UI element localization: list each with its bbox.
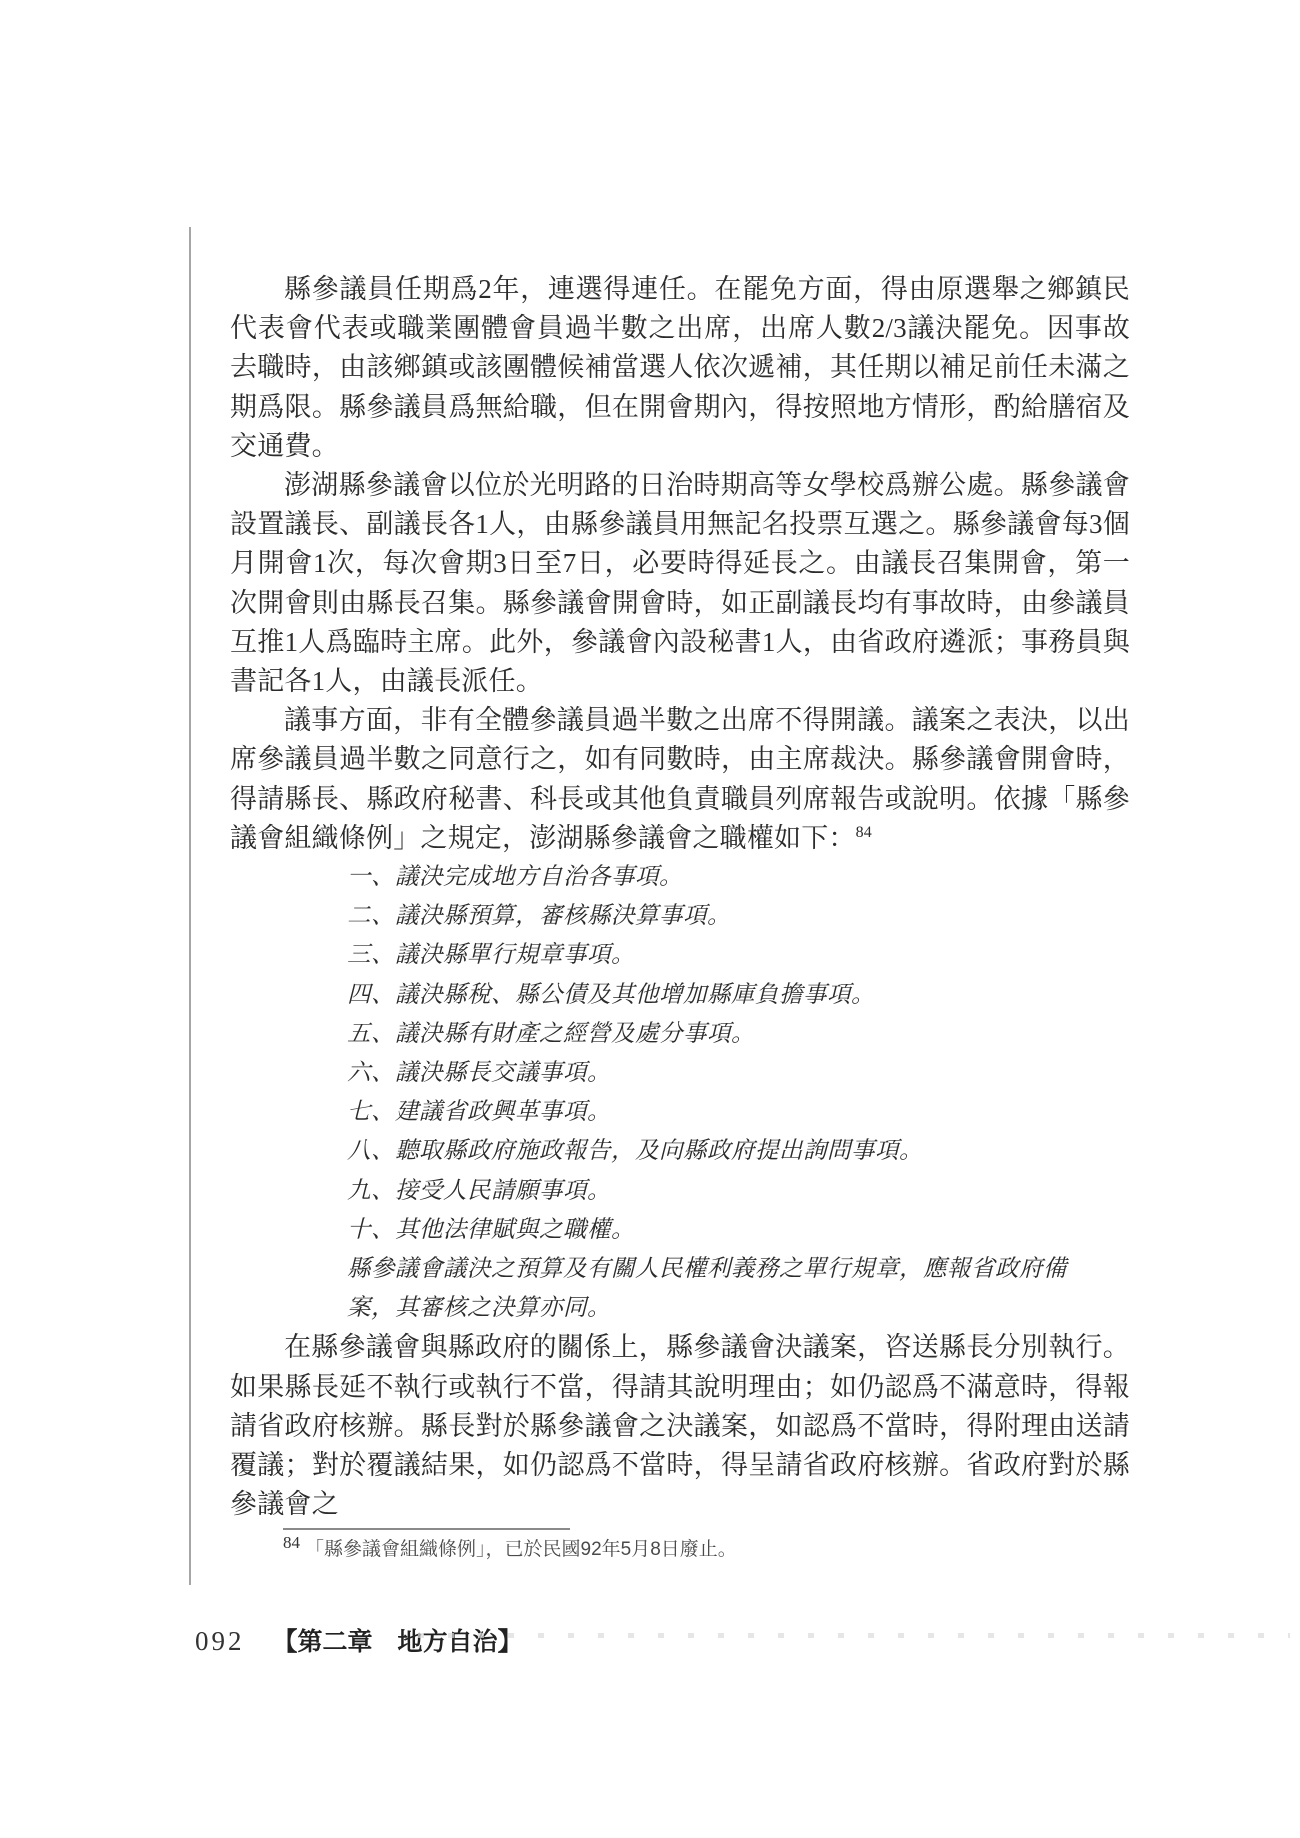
list-item-6: 六、議決縣長交議事項。 [347,1054,1130,1093]
list-item-3: 三、議決縣單行規章事項。 [347,936,1130,975]
list-item-4: 四、議決縣稅、縣公債及其他增加縣庫負擔事項。 [347,976,1130,1015]
list-item-10: 十、其他法律賦與之職權。 [347,1211,1130,1250]
list-item-1: 一、議決完成地方自治各事項。 [347,858,1130,897]
body-paragraph-4: 在縣參議會與縣政府的關係上，縣參議會決議案，咨送縣長分別執行。如果縣長延不執行或… [230,1328,1130,1524]
body-paragraph-1: 縣參議員任期爲2年，連選得連任。在罷免方面，得由原選舉之鄉鎮民代表會代表或職業團… [230,270,1130,466]
dotted-separator [418,1633,1290,1638]
footnote: 84「縣參議會組織條例」，已於民國92年5月8日廢止。 [283,1537,1043,1563]
powers-list: 一、議決完成地方自治各事項。 二、議決縣預算，審核縣決算事項。 三、議決縣單行規… [347,858,1130,1250]
list-item-9: 九、接受人民請願事項。 [347,1172,1130,1211]
page-footer: 092 【第二章 地方自治】 [195,1622,523,1658]
list-item-8: 八、聽取縣政府施政報告，及向縣政府提出詢問事項。 [347,1132,1130,1171]
list-item-5: 五、議決縣有財產之經營及處分事項。 [347,1015,1130,1054]
body-paragraph-2: 澎湖縣參議會以位於光明路的日治時期高等女學校爲辦公處。縣參議會設置議長、副議長各… [230,466,1130,701]
footnote-separator-rule [283,1528,570,1530]
footnote-text: 「縣參議會組織條例」，已於民國92年5月8日廢止。 [305,1539,737,1560]
footnote-marker: 84 [283,1533,300,1552]
page-number: 092 [195,1626,245,1656]
powers-list-note: 縣參議會議決之預算及有關人民權利義務之單行規章，應報省政府備案，其審核之決算亦同… [347,1250,1067,1328]
body-paragraph-3: 議事方面，非有全體參議員過半數之出席不得開議。議案之表決，以出席參議員過半數之同… [230,701,1130,858]
body-text-column: 縣參議員任期爲2年，連選得連任。在罷免方面，得由原選舉之鄉鎮民代表會代表或職業團… [230,270,1130,1525]
left-margin-rule [189,227,191,1585]
body-paragraph-3-text: 議事方面，非有全體參議員過半數之出席不得開議。議案之表決，以出席參議員過半數之同… [230,705,1130,853]
list-item-7: 七、建議省政興革事項。 [347,1093,1130,1132]
footnote-reference-84: 84 [856,824,872,841]
list-item-2: 二、議決縣預算，審核縣決算事項。 [347,897,1130,936]
book-page: 縣參議員任期爲2年，連選得連任。在罷免方面，得由原選舉之鄉鎮民代表會代表或職業團… [0,0,1300,1838]
